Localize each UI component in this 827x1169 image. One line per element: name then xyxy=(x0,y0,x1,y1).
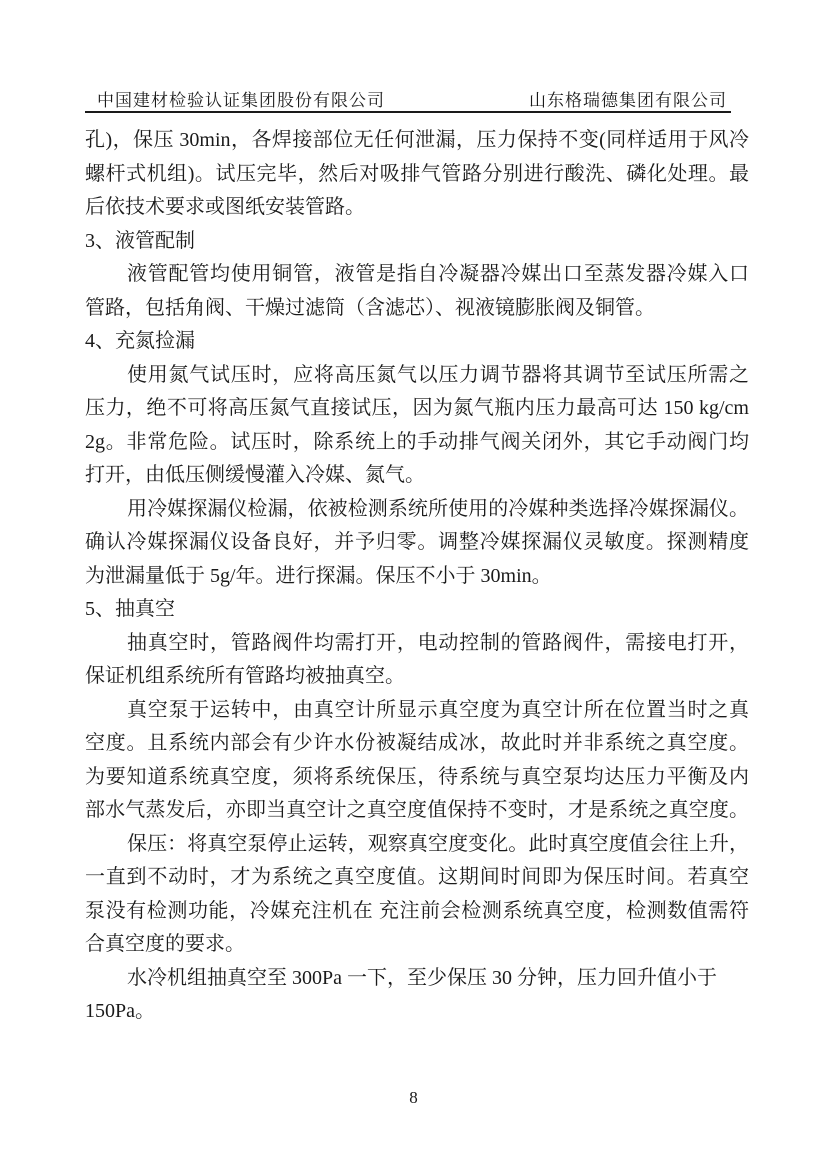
text-line: 为要知道系统真空度，须将系统保压，待系统与真空泵均达压力平衡及内 xyxy=(85,761,749,795)
text-line: 打开，由低压侧缓慢灌入冷媒、氮气。 xyxy=(85,459,749,493)
text-line: 使用氮气试压时，应将高压氮气以压力调节器将其调节至试压所需之 xyxy=(85,359,749,393)
header-rule xyxy=(85,111,731,113)
section-heading: 5、抽真空 xyxy=(85,593,749,627)
text-line: 空度。且系统内部会有少许水份被凝结成冰，故此时并非系统之真空度。 xyxy=(85,727,749,761)
document-page: 中国建材检验认证集团股份有限公司 山东格瑞德集团有限公司 孔)，保压 30min… xyxy=(0,0,827,1169)
text-line: 管路，包括角阀、干燥过滤筒（含滤芯）、视液镜膨胀阀及铜管。 xyxy=(85,292,749,326)
text-line: 一直到不动时，才为系统之真空度值。这期间时间即为保压时间。若真空 xyxy=(85,861,749,895)
text-line: 保证机组系统所有管路均被抽真空。 xyxy=(85,660,749,694)
text-line: 孔)，保压 30min，各焊接部位无任何泄漏，压力保持不变(同样适用于风冷 xyxy=(85,124,749,158)
header-company-left: 中国建材检验认证集团股份有限公司 xyxy=(97,86,385,111)
text-line: 部水气蒸发后，亦即当真空计之真空度值保持不变时，才是系统之真空度。 xyxy=(85,794,749,828)
text-line: 确认冷媒探漏仪设备良好，并予归零。调整冷媒探漏仪灵敏度。探测精度 xyxy=(85,526,749,560)
text-line: 用冷媒探漏仪检漏，依被检测系统所使用的冷媒种类选择冷媒探漏仪。 xyxy=(85,493,749,527)
text-line: 泵没有检测功能，冷媒充注机在 充注前会检测系统真空度，检测数值需符 xyxy=(85,895,749,929)
header-company-right: 山东格瑞德集团有限公司 xyxy=(529,86,727,111)
text-line: 150Pa。 xyxy=(85,995,749,1029)
text-line: 保压：将真空泵停止运转，观察真空度变化。此时真空度值会往上升， xyxy=(85,828,749,862)
section-heading: 3、液管配制 xyxy=(85,225,749,259)
text-line: 液管配管均使用铜管，液管是指自冷凝器冷媒出口至蒸发器冷媒入口 xyxy=(85,258,749,292)
text-line: 抽真空时，管路阀件均需打开，电动控制的管路阀件，需接电打开， xyxy=(85,627,749,661)
text-line: 螺杆式机组)。试压完毕，然后对吸排气管路分别进行酸洗、磷化处理。最 xyxy=(85,158,749,192)
document-body: 孔)，保压 30min，各焊接部位无任何泄漏，压力保持不变(同样适用于风冷 螺杆… xyxy=(85,124,749,1029)
text-line: 为泄漏量低于 5g/年。进行探漏。保压不小于 30min。 xyxy=(85,560,749,594)
text-line: 真空泵于运转中，由真空计所显示真空度为真空计所在位置当时之真 xyxy=(85,694,749,728)
text-line: 2g。非常危险。试压时，除系统上的手动排气阀关闭外，其它手动阀门均 xyxy=(85,426,749,460)
page-footer: 8 xyxy=(0,1088,827,1108)
text-line: 后依技术要求或图纸安装管路。 xyxy=(85,191,749,225)
text-line: 合真空度的要求。 xyxy=(85,928,749,962)
page-number: 8 xyxy=(409,1088,418,1107)
page-header: 中国建材检验认证集团股份有限公司 山东格瑞德集团有限公司 xyxy=(97,86,727,111)
text-line: 水冷机组抽真空至 300Pa 一下，至少保压 30 分钟，压力回升值小于 xyxy=(85,962,749,996)
text-line: 压力，绝不可将高压氮气直接试压，因为氮气瓶内压力最高可达 150 kg/cm xyxy=(85,392,749,426)
section-heading: 4、充氮捡漏 xyxy=(85,325,749,359)
